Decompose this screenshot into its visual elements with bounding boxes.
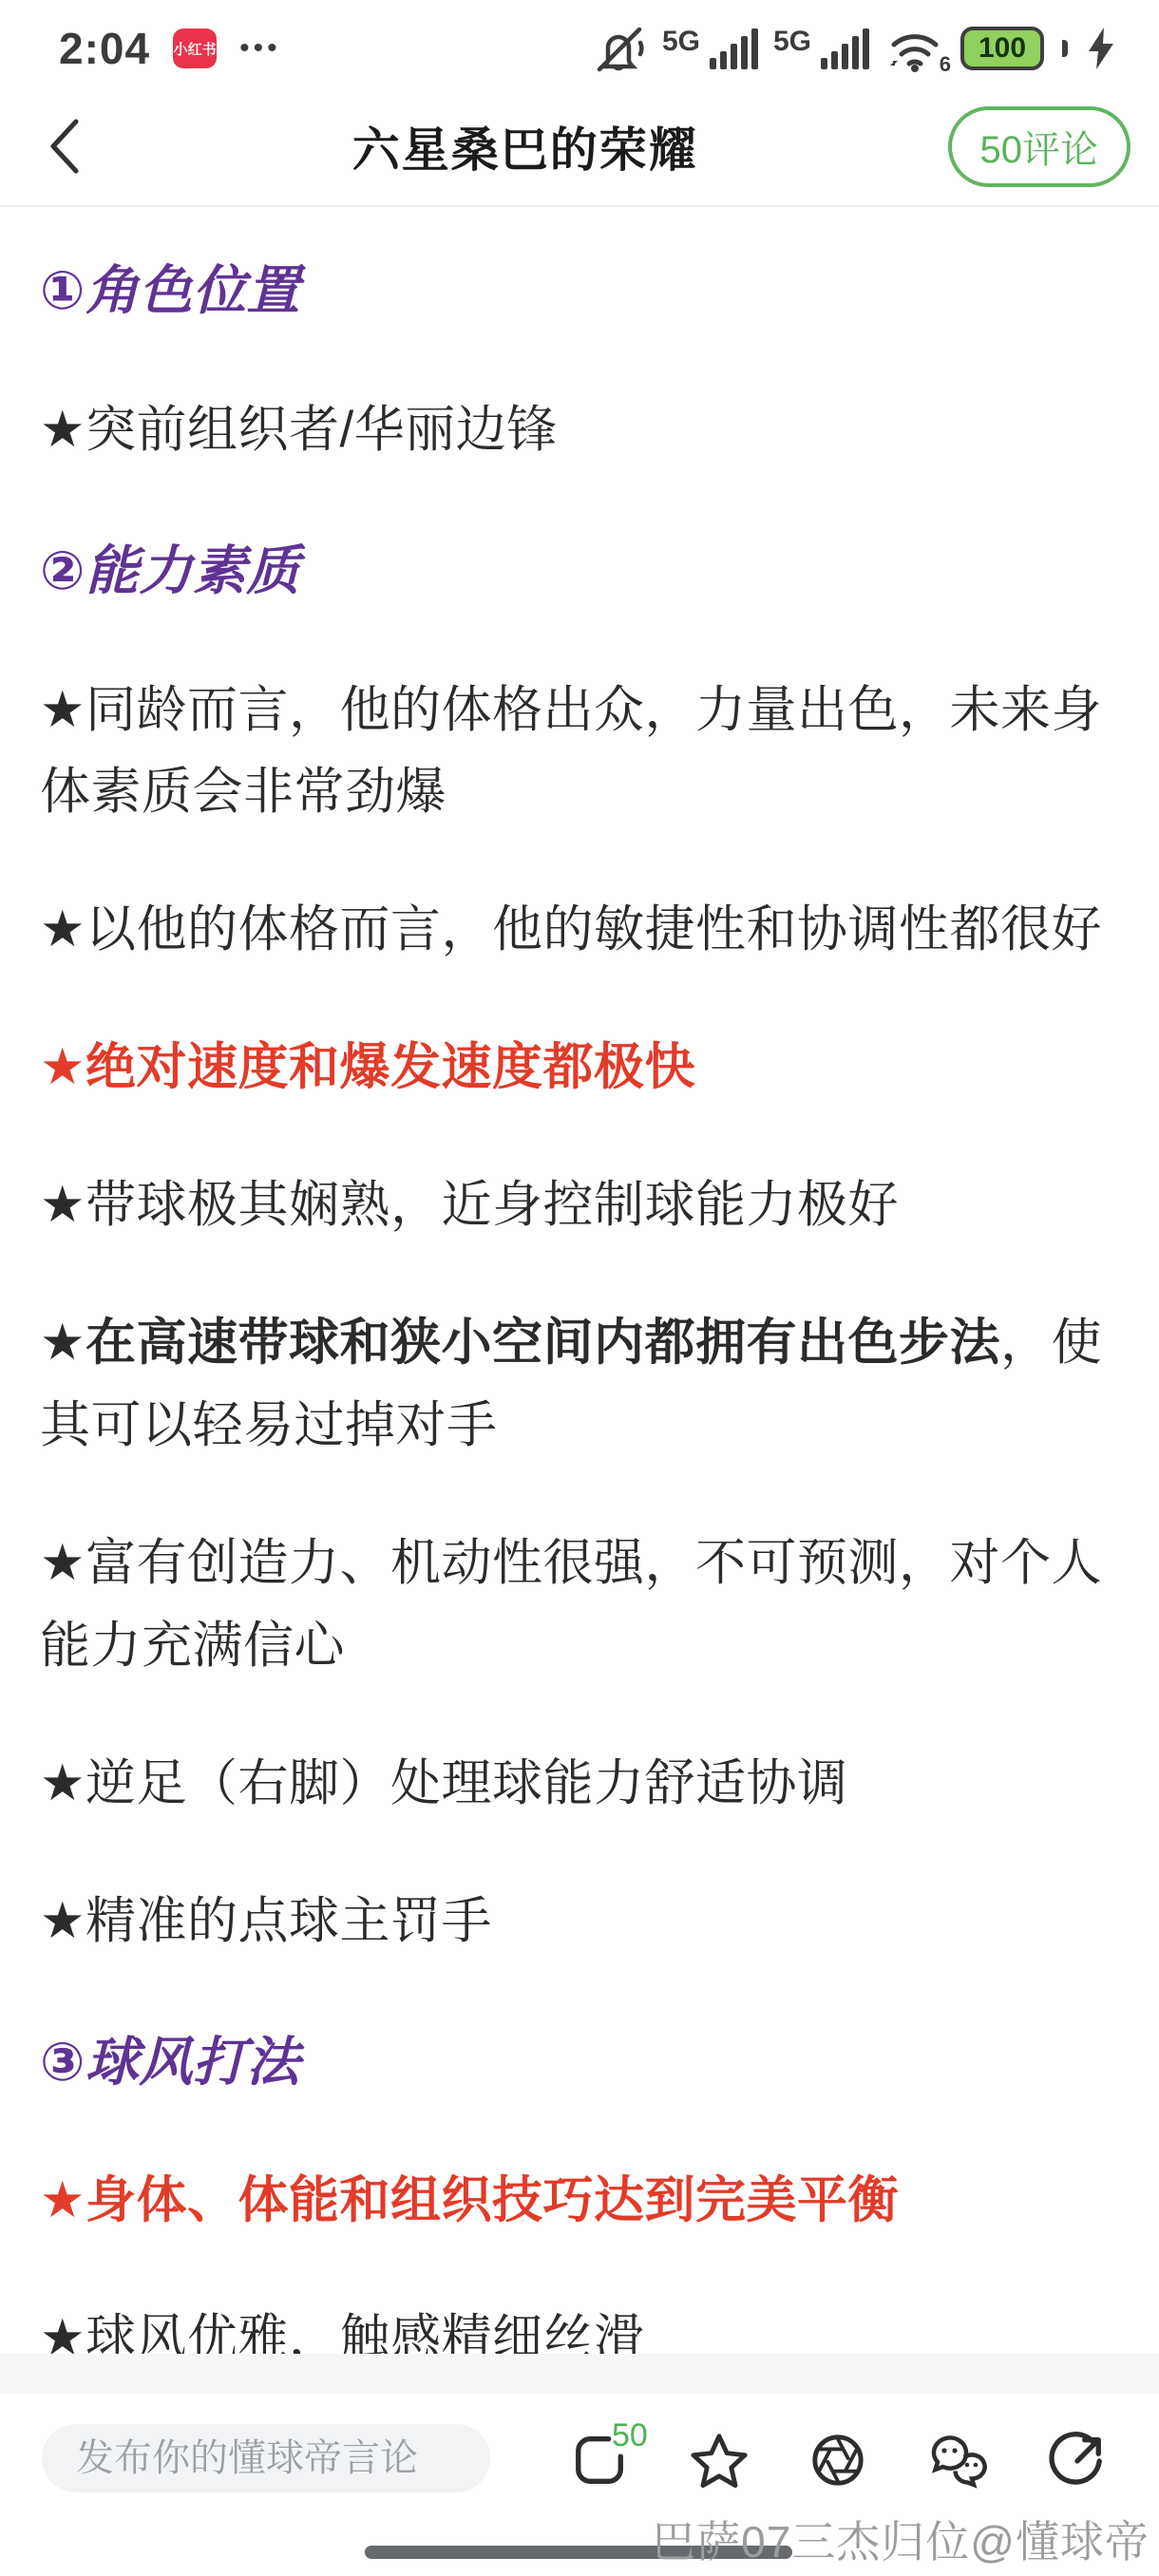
section-heading-role: ①角色位置: [40, 247, 1116, 334]
battery-nub: [1062, 40, 1068, 57]
article-paragraph: ★富有创造力、机动性很强，不可预测，对个人能力充满信心: [40, 1523, 1116, 1688]
article-paragraph: ★以他的体格而言，他的敏捷性和协调性都很好: [40, 889, 1116, 972]
article-paragraph: ★带球极其娴熟，近身控制球能力极好: [40, 1165, 1116, 1247]
dongqiudi-repost-button[interactable]: [808, 2431, 867, 2490]
article-paragraph-highlight: ★绝对速度和爆发速度都极快: [40, 1027, 1116, 1109]
section-heading-style: ③球风打法: [40, 2018, 1116, 2106]
article-paragraph: ★突前组织者/华丽边锋: [40, 389, 1116, 472]
favorite-button[interactable]: [690, 2431, 749, 2490]
paragraph-bold-segment: ★在高速带球和狭小空间内都拥有出色步法: [40, 1315, 1000, 1371]
status-bar: 2:04 小红书 ••• 5G 5G: [0, 0, 1159, 87]
article-paragraph: ★逆足（右脚）处理球能力舒适协调: [40, 1743, 1116, 1826]
charging-bolt-icon: [1085, 26, 1117, 71]
wifi-6-label: 6: [940, 52, 951, 77]
notification-dots-icon: •••: [239, 32, 281, 65]
article-paragraph: ★同龄而言，他的体格出众，力量出色，未来身体素质会非常劲爆: [40, 670, 1116, 835]
back-button[interactable]: [46, 113, 103, 180]
signal-bars-icon-2: [821, 28, 869, 69]
wifi-icon: 6: [884, 24, 945, 73]
chevron-left-icon: [46, 116, 84, 177]
comment-input[interactable]: [42, 2424, 490, 2492]
share-button[interactable]: [1047, 2431, 1106, 2490]
share-icon: [1047, 2431, 1106, 2490]
content-end-strip: [0, 2354, 1159, 2394]
mute-bell-icon: [592, 24, 647, 73]
section-heading-ability: ②能力素质: [40, 527, 1116, 615]
wechat-share-button[interactable]: [928, 2431, 987, 2490]
xiaohongshu-badge-icon: 小红书: [173, 28, 217, 68]
watermark-text: 巴萨07三杰归位@懂球帝: [652, 2508, 1149, 2570]
article-body: ①角色位置 ★突前组织者/华丽边锋 ②能力素质 ★同龄而言，他的体格出众，力量出…: [0, 207, 1159, 2380]
page-title: 六星桑巴的荣耀: [103, 112, 948, 180]
aperture-icon: [808, 2431, 867, 2490]
wechat-icon: [928, 2431, 991, 2490]
article-paragraph: ★精准的点球主罚手: [40, 1881, 1116, 1963]
comment-count-badge: 50: [612, 2417, 648, 2454]
article-paragraph-highlight: ★身体、体能和组织技巧达到完美平衡: [40, 2160, 1116, 2243]
comments-button[interactable]: 50: [570, 2431, 629, 2490]
article-paragraph: ★在高速带球和狭小空间内都拥有出色步法，使其可以轻易过掉对手: [40, 1302, 1116, 1468]
signal-bars-icon-1: [710, 28, 758, 69]
network-type-label: 5G: [662, 26, 700, 58]
app-header: 六星桑巴的荣耀 50评论: [0, 87, 1159, 207]
network-type-label-2: 5G: [773, 26, 811, 58]
clock: 2:04: [59, 23, 150, 74]
comments-count-button[interactable]: 50评论: [948, 106, 1131, 187]
battery-icon: 100: [960, 27, 1044, 70]
star-icon: [690, 2431, 749, 2490]
